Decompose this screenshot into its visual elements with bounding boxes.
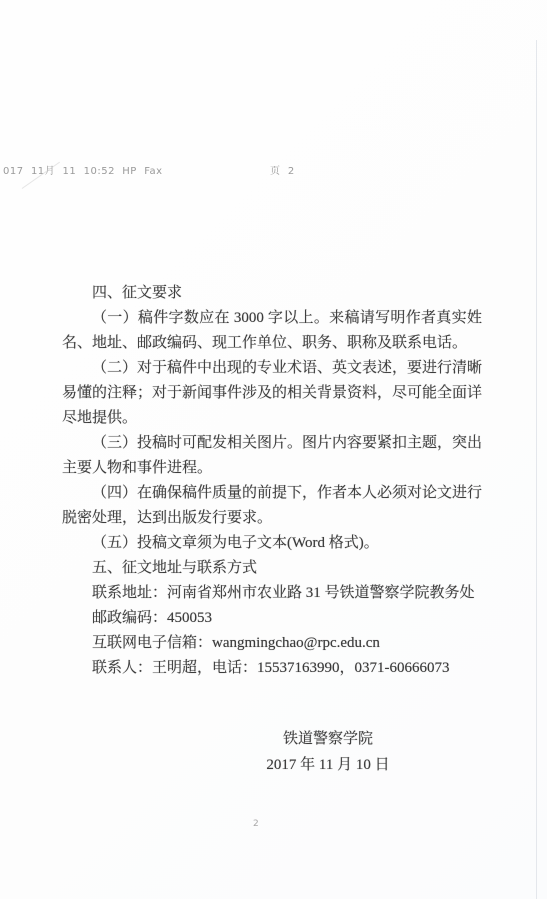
document-body: 四、征文要求 （一）稿件字数应在 3000 字以上。来稿请写明作者真实姓名、地址… bbox=[62, 281, 482, 681]
page-number: 2 bbox=[253, 819, 259, 829]
scan-edge-line bbox=[536, 40, 537, 899]
section-heading-requirements: 四、征文要求 bbox=[62, 281, 482, 306]
contact-address-line: 联系地址：河南省郑州市农业路 31 号铁道警察学院教务处 bbox=[62, 581, 482, 606]
requirement-item-1: （一）稿件字数应在 3000 字以上。来稿请写明作者真实姓名、地址、邮政编码、现… bbox=[62, 306, 482, 356]
signature-date: 2017 年 11 月 10 日 bbox=[237, 753, 419, 779]
requirement-item-2: （二）对于稿件中出现的专业术语、英文表述，要进行清晰易懂的注释；对于新闻事件涉及… bbox=[62, 356, 482, 431]
requirement-item-3: （三）投稿时可配发相关图片。图片内容要紧扣主题，突出主要人物和事件进程。 bbox=[62, 431, 482, 481]
contact-person-line: 联系人：王明超，电话：15537163990，0371-60666073 bbox=[62, 656, 482, 681]
requirement-item-4: （四）在确保稿件质量的前提下，作者本人必须对论文进行脱密处理，达到出版发行要求。 bbox=[62, 481, 482, 531]
section-heading-contact: 五、征文地址与联系方式 bbox=[62, 556, 482, 581]
requirement-item-5: （五）投稿文章须为电子文本(Word 格式)。 bbox=[62, 531, 482, 556]
contact-postcode-line: 邮政编码：450053 bbox=[62, 606, 482, 631]
scanned-document-page: 017 11月 11 10:52 HP Fax 页 2 四、征文要求 （一）稿件… bbox=[0, 0, 547, 899]
contact-email-line: 互联网电子信箱：wangmingchao@rpc.edu.cn bbox=[62, 631, 482, 656]
fax-datetime: 017 11月 11 10:52 HP Fax bbox=[3, 162, 163, 177]
fax-page-label: 页 2 bbox=[270, 162, 295, 177]
signature-organization: 铁道警察学院 bbox=[237, 727, 419, 753]
signature-block: 铁道警察学院 2017 年 11 月 10 日 bbox=[237, 727, 419, 778]
